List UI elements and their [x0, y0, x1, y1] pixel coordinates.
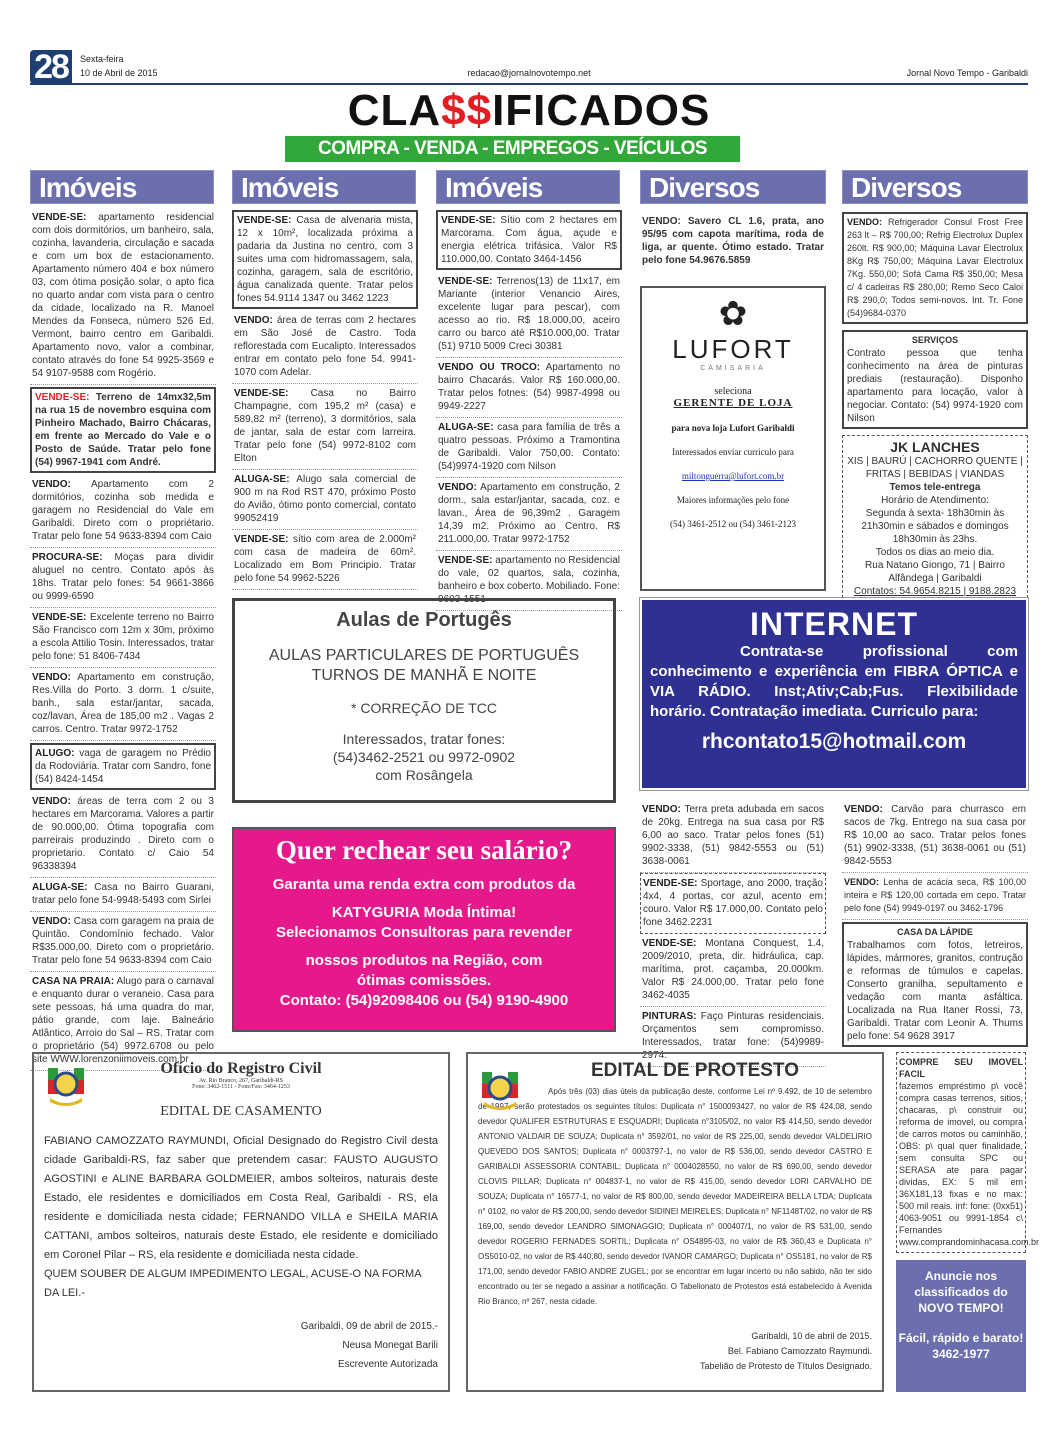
ad-lead: VENDO:: [32, 672, 71, 683]
ad-lead: VENDE-SE:: [441, 215, 495, 226]
ad-text: apartamento residencial com dois dormitó…: [32, 212, 214, 379]
edital-casamento-signer: Neusa Monegat Barili: [44, 1336, 438, 1355]
ad-lead: VENDO:: [32, 796, 71, 807]
aulas-line: com Rosângela: [235, 766, 613, 784]
classified-ad: VENDE-SE: Montana Conquest, 1.4, 2009/20…: [640, 934, 826, 1007]
ad-lead: VENDE-SE:: [32, 612, 86, 623]
ad-lead: VENDO:: [844, 804, 883, 815]
edital-protesto: EDITAL DE PROTESTO Após três (03) dias ú…: [466, 1052, 884, 1392]
ad-text: Terreno de 14mx32,5m na rua 15 de novemb…: [35, 392, 211, 468]
ad-lead: VENDO:: [642, 216, 681, 227]
ad-lead: CASA NA PRAIA:: [32, 976, 114, 987]
jk-title: JK LANCHES: [845, 439, 1025, 455]
katy-title: Quer rechear seu salário?: [234, 833, 614, 867]
edital-protesto-title: EDITAL DE PROTESTO: [518, 1060, 872, 1082]
registry-office: Ofício do Registro Civil: [44, 1060, 438, 1078]
internet-job-ad: INTERNET Contrata-se profissional com co…: [640, 598, 1028, 790]
edital-casamento: Ofício do Registro Civil Av. Rio Branco,…: [32, 1052, 450, 1392]
classified-ad: VENDO: Apartamento em construção, Res.Vi…: [30, 668, 216, 741]
classified-ad: PROCURA-SE: Moças para dividir aluguel n…: [30, 548, 216, 608]
classified-ad-boxed: VENDO: Refrigerador Consul Frost Free 26…: [842, 212, 1028, 324]
classified-ad: VENDO OU TROCO: Apartamento no bairro Ch…: [436, 358, 622, 418]
title-money: $$: [441, 86, 492, 135]
internet-email-link[interactable]: rhcontato15@hotmail.com: [650, 730, 1018, 754]
classified-ad: ALUGA-SE: Casa no Bairro Guarani, tratar…: [30, 878, 216, 912]
classified-ad: VENDE-SE: Excelente terreno no Bairro Sã…: [30, 608, 216, 668]
ad-lead: VENDE-SE:: [234, 534, 288, 545]
servicos-text: Contrato pessoa que tenha conhecimento n…: [847, 347, 1023, 425]
column-imoveis-1: VENDE-SE: apartamento residencial com do…: [30, 208, 216, 1071]
edital-protesto-body: Após três (03) dias úteis da publicação …: [478, 1084, 872, 1309]
servicos-title: SERVIÇOS: [847, 334, 1023, 347]
jk-lunch: Todos os dias ao meio dia.: [845, 546, 1025, 559]
edital-protesto-date: Garibaldi, 10 de abril de 2015.: [478, 1329, 872, 1344]
ad-lead: PROCURA-SE:: [32, 552, 103, 563]
classified-ad-boxed: VENDE-SE: Sítio com 2 hectares em Marcor…: [436, 210, 622, 270]
jk-menu: XIS | BAURÚ | CACHORRO QUENTE | FRITAS |…: [845, 455, 1025, 481]
column-diversos-1-bottom: VENDO: Terra preta adubada em sacos de 2…: [640, 800, 826, 1067]
aulas-phone: (54)3462-2521 ou 9972-0902: [235, 748, 613, 766]
header-divider: [30, 83, 1028, 85]
lapide-text: Trabalhamos com fotos, letreiros, lápide…: [847, 939, 1023, 1043]
edital-casamento-warning: QUEM SOUBER DE ALGUM IMPEDIMENTO LEGAL, …: [44, 1265, 438, 1303]
lapide-title: CASA DA LÁPIDE: [847, 926, 1023, 939]
ad-lead: ALUGA-SE:: [438, 422, 494, 433]
ad-lead: VENDE-SE:: [642, 938, 696, 949]
section-header-diversos: Diversos: [842, 170, 1028, 204]
katy-contact: Contato: (54)92098406 ou (54) 9190-4900: [234, 991, 614, 1011]
classified-ad: VENDO: Lenha de acácia seca, R$ 100,00 i…: [842, 873, 1028, 920]
katy-line: Selecionamos Consultoras para revender: [234, 923, 614, 943]
edital-protesto-signer-role: Tabelião de Protesto de Títulos Designad…: [478, 1359, 872, 1374]
ad-lead: VENDE-SE:: [32, 212, 86, 223]
classified-ad: VENDO: Casa com garagem na praia de Quin…: [30, 912, 216, 972]
ad-lead: PINTURAS:: [642, 1011, 696, 1022]
aulas-line: TURNOS DE MANHÃ E NOITE: [235, 666, 613, 686]
edital-casamento-body: FABIANO CAMOZZATO RAYMUNDI, Oficial Desi…: [44, 1132, 438, 1265]
aulas-line: AULAS PARTICULARES DE PORTUGUÊS: [235, 646, 613, 666]
anuncie-promo: Anuncie nos classificados do NOVO TEMPO!…: [896, 1260, 1026, 1392]
page-title: CLA$$IFICADOS: [0, 88, 1058, 134]
title-part: CLA: [348, 86, 441, 135]
internet-body: Contrata-se profissional com conheciment…: [650, 642, 1018, 722]
lufort-phones: (54) 3461-2512 ou (54) 3461-2123: [642, 519, 824, 529]
classified-ad: VENDE-SE: Casa no Bairro Champagne, com …: [232, 384, 418, 470]
jk-contacts: Contatos: 54.9654.8215 | 9188.2823: [845, 585, 1025, 598]
aulas-line: Interessados, tratar fones:: [235, 730, 613, 748]
column-diversos-2-bottom: VENDO: Carvão para churrasco em sacos de…: [842, 800, 1028, 1049]
newspaper-name: Jornal Novo Tempo - Garibaldi: [907, 68, 1028, 78]
ad-lead: VENDE-SE:: [438, 276, 492, 287]
aulas-line: * CORREÇÃO DE TCC: [235, 698, 613, 718]
ad-lead: VENDE-SE:: [35, 392, 89, 403]
classified-ad-boxed: VENDE-SE: Casa de alvenaria mista, 12 x …: [232, 210, 418, 309]
classified-ad: VENDO: áreas de terra com 2 ou 3 hectare…: [30, 792, 216, 878]
ad-lead: VENDO:: [234, 315, 273, 326]
section-header-imoveis: Imóveis: [436, 170, 620, 204]
lufort-brand: LUFORT: [642, 334, 824, 365]
classified-ad: VENDE-SE: Terrenos(13) de 11x17, em Mari…: [436, 272, 622, 358]
ad-text: Refrigerador Consul Frost Free 263 lt – …: [847, 217, 1023, 318]
lufort-logo-icon: ✿: [642, 294, 824, 334]
lufort-store: para nova loja Lufort Garibaldi: [642, 423, 824, 433]
edital-casamento-title: EDITAL DE CASAMENTO: [44, 1104, 438, 1120]
ad-text: Terrenos(13) de 11x17, em Mariante (inte…: [438, 276, 620, 352]
jk-lanches-ad: JK LANCHES XIS | BAURÚ | CACHORRO QUENTE…: [842, 435, 1028, 603]
rs-coat-of-arms-icon: [44, 1062, 88, 1110]
classified-ad: VENDO: Terra preta adubada em sacos de 2…: [640, 800, 826, 873]
registry-phone: Fone: 3462-1511 - Fone/Fax: 3464-1253: [44, 1084, 438, 1090]
classified-ad-dashed: VENDE-SE: Sportage, ano 2000, tração 4x4…: [640, 873, 826, 934]
internet-title: INTERNET: [650, 606, 1018, 642]
ad-lead: VENDO:: [642, 804, 681, 815]
ad-lead: ALUGO:: [35, 748, 74, 759]
jk-hours-label: Horário de Atendimento:: [845, 494, 1025, 507]
aulas-portugues-ad: Aulas de Portugês AULAS PARTICULARES DE …: [232, 598, 616, 803]
compre-imovel-ad: COMPRE SEU IMOVEL FACIL fazemos emprésti…: [896, 1052, 1026, 1253]
lufort-role: GERENTE DE LOJA: [642, 397, 824, 409]
page-number: 28: [30, 50, 72, 84]
servicos-ad: SERVIÇOS Contrato pessoa que tenha conhe…: [842, 330, 1028, 429]
classified-ad-featured: VENDE-SE: Terreno de 14mx32,5m na rua 15…: [30, 387, 216, 473]
column-diversos-1: VENDO: Savero CL 1.6, prata, ano 95/95 c…: [640, 212, 826, 271]
ad-text: Casa de alvenaria mista, 12 x 10m², loca…: [237, 215, 413, 304]
anuncie-phone: 3462-1977: [896, 1346, 1026, 1362]
classified-ad: VENDO: Apartamento em construção, 2 dorm…: [436, 478, 622, 551]
jk-address: Rua Natano Giongo, 71 | Bairro Alfândega…: [845, 559, 1025, 585]
ad-lead: VENDO:: [438, 482, 477, 493]
section-header-diversos: Diversos: [640, 170, 826, 204]
newsroom-email[interactable]: redacao@jornalnovotempo.net: [0, 68, 1058, 78]
classified-ad: VENDO: área de terras com 2 hectares em …: [232, 311, 418, 384]
ad-lead: VENDO OU TROCO:: [438, 362, 540, 373]
classified-ad: VENDO: Savero CL 1.6, prata, ano 95/95 c…: [640, 212, 826, 271]
ad-lead: VENDO:: [32, 916, 71, 927]
lufort-selects: seleciona: [642, 386, 824, 397]
classified-ad: VENDO: Carvão para churrasco em sacos de…: [842, 800, 1028, 873]
ad-lead: VENDE-SE:: [237, 215, 291, 226]
lufort-job-ad: ✿ LUFORT CAMISARIA seleciona GERENTE DE …: [640, 286, 826, 591]
ad-lead: VENDO:: [847, 217, 882, 227]
jk-hours: Segunda à sexta- 18h30min às 21h30min e …: [845, 507, 1025, 546]
katy-line: ótimas comissões.: [234, 971, 614, 991]
lufort-more-info: Maiores informações pelo fone: [642, 495, 824, 505]
classified-ad: ALUGA-SE: Alugo sala comercial de 900 m …: [232, 470, 418, 530]
edital-casamento-date: Garibaldi, 09 de abril de 2015.-: [44, 1317, 438, 1336]
anuncie-line: Anuncie nos classificados do NOVO TEMPO!: [896, 1268, 1026, 1316]
title-part: IFICADOS: [492, 86, 710, 135]
ad-lead: VENDO:: [32, 479, 71, 490]
ad-lead: ALUGA-SE:: [32, 882, 88, 893]
ad-lead: VENDE-SE:: [234, 388, 288, 399]
classified-ad-boxed: ALUGO: vaga de garagem no Prédio da Rodo…: [30, 743, 216, 790]
edital-casamento-signer-role: Escrevente Autorizada: [44, 1355, 438, 1374]
lufort-tagline: CAMISARIA: [642, 365, 824, 372]
page-subtitle: COMPRA - VENDA - EMPREGOS - VEÍCULOS: [285, 136, 740, 162]
weekday: Sexta-feira: [80, 52, 158, 66]
rs-coat-of-arms-icon: [478, 1066, 522, 1114]
anuncie-line: Fácil, rápido e barato!: [896, 1330, 1026, 1346]
section-header-imoveis: Imóveis: [232, 170, 416, 204]
lufort-send: Interessados enviar curriculo para: [642, 447, 824, 457]
ad-text: áreas de terra com 2 ou 3 hectares em Ma…: [32, 796, 214, 872]
compre-title: COMPRE SEU IMOVEL FACIL: [899, 1056, 1023, 1080]
casa-lapide-ad: CASA DA LÁPIDE Trabalhamos com fotos, le…: [842, 922, 1028, 1047]
classified-ad: VENDE-SE: apartamento residencial com do…: [30, 208, 216, 385]
ad-lead: VENDO:: [844, 877, 879, 887]
aulas-title: Aulas de Portugês: [235, 609, 613, 632]
ad-lead: ALUGA-SE:: [234, 474, 290, 485]
section-header-imoveis: Imóveis: [30, 170, 214, 204]
ad-text: Casa no Bairro Champagne, com 195,2 m² (…: [234, 388, 416, 464]
classified-ad: VENDE-SE: sítio com area de 2.000m² com …: [232, 530, 418, 590]
katyguria-ad: Quer rechear seu salário? Garanta uma re…: [232, 827, 616, 1032]
column-imoveis-3: VENDE-SE: Sítio com 2 hectares em Marcor…: [436, 208, 622, 611]
lufort-email-link[interactable]: miltonguerra@lufort.com.br: [642, 471, 824, 481]
column-imoveis-2: VENDE-SE: Casa de alvenaria mista, 12 x …: [232, 208, 418, 590]
ad-lead: VENDE-SE:: [643, 878, 697, 889]
column-diversos-2: VENDO: Refrigerador Consul Frost Free 26…: [842, 210, 1028, 603]
compre-text: fazemos empréstimo p\ você compra casas …: [899, 1080, 1023, 1248]
katy-line: Garanta uma renda extra com produtos da: [234, 875, 614, 895]
katy-line: KATYGURIA Moda Íntima!: [234, 903, 614, 923]
katy-line: nossos produtos na Região, com: [234, 951, 614, 971]
ad-lead: VENDE-SE:: [438, 555, 492, 566]
jk-delivery: Temos tele-entrega: [845, 481, 1025, 494]
classified-ad: ALUGA-SE: casa para família de três a qu…: [436, 418, 622, 478]
classified-ad: VENDO: Apartamento com 2 dormitórios, co…: [30, 475, 216, 548]
edital-protesto-signer: Bel. Fabiano Camozzato Raymundi.: [478, 1344, 872, 1359]
